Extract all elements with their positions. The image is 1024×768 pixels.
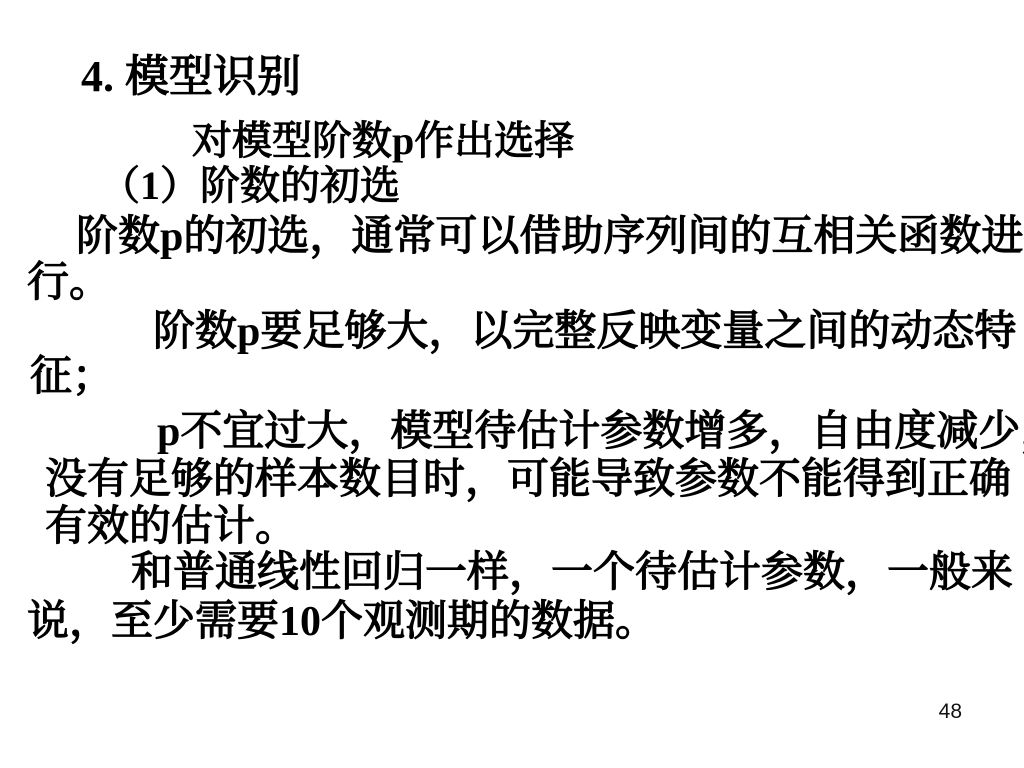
body-line: 没有足够的样本数目时，可能导致参数不能得到正确 <box>45 459 1011 501</box>
page-number: 48 <box>880 701 962 722</box>
body-line: 阶数p要足够大，以完整反映变量之间的动态特 <box>153 311 1016 353</box>
slide-canvas: 4. 模型识别 对模型阶数p作出选择 （1）阶数的初选 阶数p的初选，通常可以借… <box>0 0 1024 768</box>
slide-subtitle: 对模型阶数p作出选择 <box>192 121 574 161</box>
body-line: 有效的估计。 <box>45 506 297 548</box>
body-line: 说，至少需要10个观测期的数据。 <box>27 601 657 643</box>
body-line: 和普通线性回归一样，一个待估计参数，一般来 <box>131 552 1013 594</box>
body-line: p不宜过大，模型待估计参数增多，自由度减少， <box>157 411 1024 453</box>
section-heading: （1）阶数的初选 <box>100 166 400 206</box>
body-line: 阶数p的初选，通常可以借助序列间的互相关函数进 <box>76 216 1023 258</box>
slide-title: 4. 模型识别 <box>81 55 301 99</box>
body-line: 行。 <box>27 262 111 304</box>
body-line: 征； <box>30 356 114 398</box>
